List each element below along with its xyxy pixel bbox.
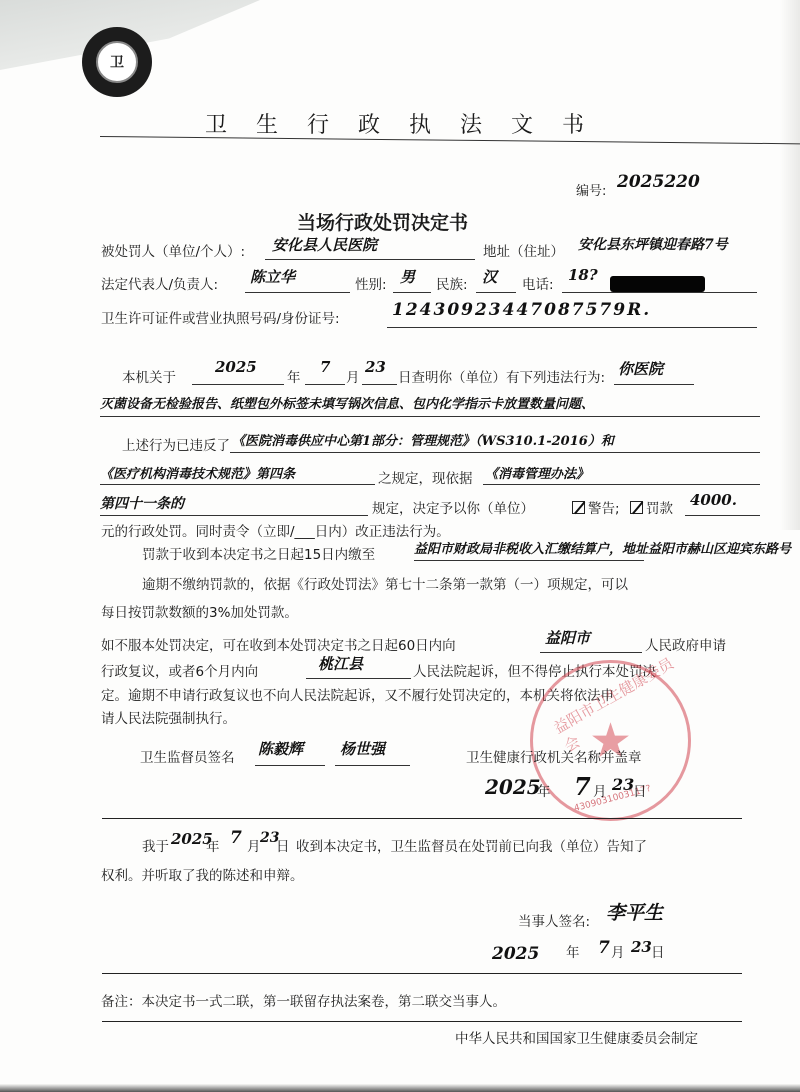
- license-value: 12430923447087579R.: [392, 300, 651, 320]
- basis-line2: 第四十一条的: [100, 493, 184, 513]
- receipt-text-a: 收到本决定书，卫生监督员在处罚前已向我（单位）告知了: [296, 835, 647, 855]
- appeal-line4: 请人民法院强制执行。: [101, 707, 236, 727]
- fine-amount: 4000.: [690, 491, 737, 509]
- findings-month-unit: 月: [346, 366, 360, 386]
- violated-line2: 《医疗机构消毒技术规范》第四条: [100, 463, 295, 482]
- license-label: 卫生许可证件或营业执照号码/身份证号:: [101, 307, 340, 327]
- receipt-date-month-unit: 月: [611, 941, 625, 961]
- receipt-date-year-unit: 年: [566, 941, 580, 961]
- payment-place: 益阳市财政局非税收入汇缴结算户，地址益阳市赫山区迎宾东路号: [414, 538, 791, 557]
- document-title: 当场行政处罚决定书: [297, 208, 468, 235]
- agency-date-month-unit: 月: [593, 780, 607, 800]
- basis-prefix: 之规定，现依据: [378, 467, 473, 487]
- receipt-date-year: 2025: [492, 944, 539, 964]
- receipt-date-day-unit: 日: [651, 941, 665, 961]
- penalty-tail: 元的行政处罚。同时责令（立即/___日内）改正违法行为。: [101, 520, 450, 540]
- gender-label: 性别:: [355, 273, 387, 293]
- warning-checkbox[interactable]: [572, 501, 585, 514]
- inspector-signature-2: 杨世强: [340, 738, 385, 759]
- decision-text: 规定，决定予以你（单位）: [372, 497, 534, 517]
- gender-value: 男: [400, 266, 415, 287]
- receipt-prefix: 我于: [142, 835, 169, 855]
- basis-line1: 《消毒管理办法》: [485, 463, 589, 482]
- footer-issuer: 中华人民共和国国家卫生健康委员会制定: [455, 1027, 698, 1047]
- phone-label: 电话:: [522, 273, 554, 293]
- appeal-line2-a: 行政复议，或者6个月内向: [101, 660, 258, 680]
- violation-line1: 你医院: [618, 358, 663, 379]
- health-inspection-emblem-icon: 卫: [82, 27, 152, 97]
- receipt-month-unit: 月: [247, 835, 261, 855]
- appeal-line3: 定。逾期不申请行政复议也不向人民法院起诉，又不履行处罚决定的，本机关将依法申: [101, 684, 614, 704]
- payment-text: 罚款于收到本决定书之日起15日内缴至: [142, 543, 375, 563]
- penalized-party-value: 安化县人民医院: [272, 234, 377, 255]
- ethnicity-value: 汉: [482, 266, 497, 287]
- party-signature-label: 当事人签名:: [518, 910, 590, 930]
- ethnicity-label: 民族:: [436, 273, 468, 293]
- inspector-signature-1: 陈毅辉: [258, 738, 303, 759]
- address-label: 地址（住址）: [483, 240, 564, 260]
- agency-date-day-unit: 日: [633, 780, 647, 800]
- scan-bottom-edge: [0, 1084, 800, 1092]
- appeal-line1-a: 如不服本处罚决定，可在收到本处罚决定书之日起60日内向: [101, 634, 456, 654]
- paper-edge: [780, 0, 800, 530]
- address-value: 安化县东坪镇迎春路7号: [578, 234, 728, 254]
- inspector-signature-label: 卫生监督员签名: [140, 746, 235, 766]
- agency-date-month: 7: [574, 772, 591, 801]
- agency-date-day: 23: [612, 775, 634, 794]
- findings-prefix: 本机关于: [122, 366, 176, 386]
- official-seal: 益阳市卫生健康委员会 ★ 4309031003117?: [530, 660, 691, 821]
- findings-day-unit: 日查明你（单位）有下列违法行为:: [398, 366, 605, 386]
- receipt-text-b: 权利。并听取了我的陈述和申辩。: [101, 864, 304, 884]
- document-number-label: 编号:: [576, 180, 606, 199]
- appeal-court: 桃江县: [318, 653, 363, 674]
- agency-date-year: 2025: [485, 775, 541, 799]
- emblem-center: 卫: [96, 41, 138, 83]
- appeal-government: 益阳市: [545, 627, 590, 648]
- legal-representative-label: 法定代表人/负责人:: [101, 273, 218, 293]
- party-signature-value: 李平生: [606, 898, 663, 925]
- violated-line1: 《医院消毒供应中心第1部分：管理规范》（WS310.1-2016）和: [232, 430, 614, 449]
- receipt-date-day: 23: [631, 938, 652, 956]
- footer-note: 备注：本决定书一式二联，第一联留存执法案卷，第二联交当事人。: [101, 990, 506, 1010]
- receipt-date-month: 7: [598, 938, 610, 958]
- violation-line2: 灭菌设备无检验报告、纸塑包外标签未填写锅次信息、包内化学指示卡放置数量问题、: [100, 393, 594, 412]
- late-payment-line2: 每日按罚款数额的3%加处罚款。: [101, 601, 298, 621]
- agency-date-year-unit: 年: [537, 780, 551, 800]
- legal-representative-value: 陈立华: [250, 266, 295, 287]
- document-number-value: 2025220: [617, 172, 700, 192]
- appeal-line1-b: 人民政府申请: [645, 634, 726, 654]
- scanned-document: 卫 卫生行政执法文书 编号: 2025220 当场行政处罚决定书 被处罚人（单位…: [0, 0, 800, 1092]
- findings-year: 2025: [215, 358, 257, 376]
- series-title: 卫生行政执法文书: [205, 108, 613, 139]
- phone-value: 18?: [568, 266, 598, 284]
- findings-month: 7: [320, 358, 330, 376]
- agency-label: 卫生健康行政机关名称并盖章: [466, 746, 642, 766]
- fine-checkbox[interactable]: [630, 501, 643, 514]
- findings-year-unit: 年: [287, 366, 301, 386]
- fine-label: 罚款: [646, 497, 673, 517]
- findings-day: 23: [365, 358, 386, 376]
- warning-label: 警告;: [588, 497, 620, 517]
- violated-prefix: 上述行为已违反了: [122, 434, 230, 454]
- phone-redaction: [610, 276, 705, 292]
- receipt-month: 7: [230, 828, 242, 848]
- receipt-day-unit: 日: [276, 835, 290, 855]
- penalized-party-label: 被处罚人（单位/个人）:: [101, 240, 245, 260]
- receipt-year-unit: 年: [206, 835, 220, 855]
- late-payment-line1: 逾期不缴纳罚款的，依据《行政处罚法》第七十二条第一款第（一）项规定，可以: [142, 573, 628, 593]
